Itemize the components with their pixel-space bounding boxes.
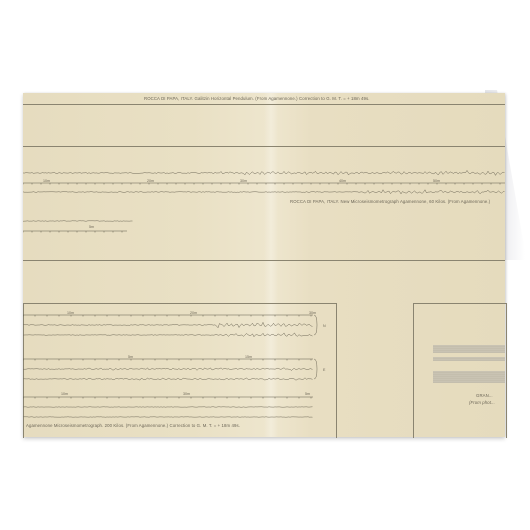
seismogram-traces [23,93,505,437]
greeting-card-front: ROCCA DI PAPA, ITALY. Galitzin Horizonta… [23,93,505,437]
